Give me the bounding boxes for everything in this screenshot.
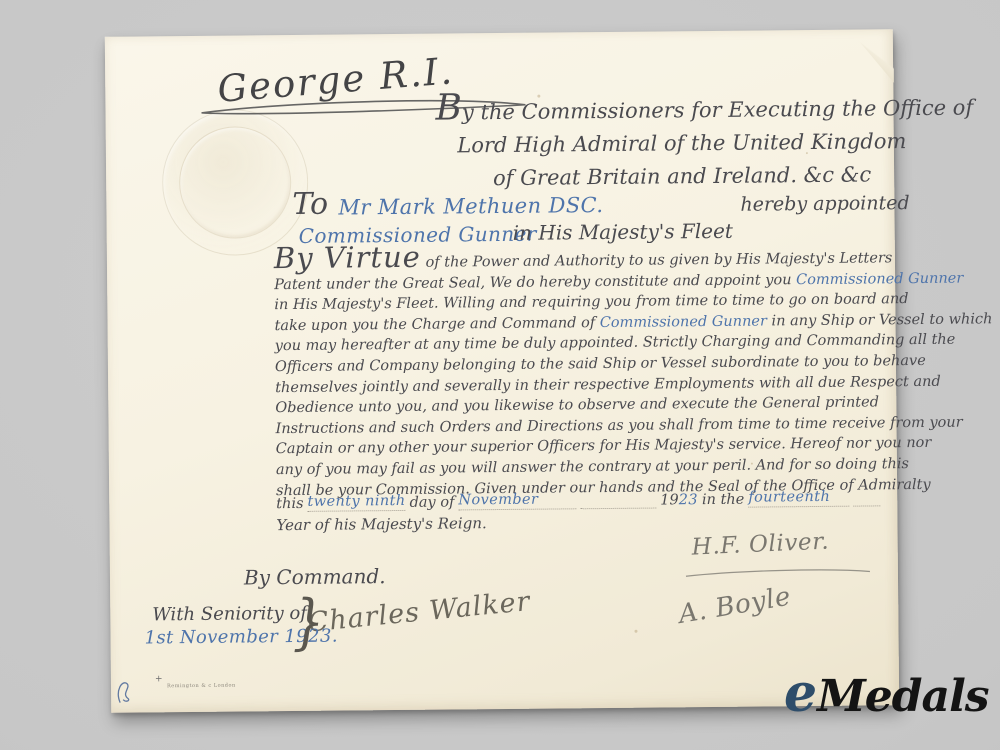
age-spot bbox=[634, 630, 637, 633]
commission-header: By the Commissioners for Executing the O… bbox=[435, 87, 928, 196]
emedals-watermark-logo: eMedals bbox=[784, 663, 989, 724]
day-written-handwritten: twenty ninth bbox=[307, 493, 405, 512]
paper-corner-curl bbox=[848, 27, 895, 83]
regnal-year-handwritten: fourteenth bbox=[748, 489, 849, 508]
photo-canvas: { "page": { "background_color": "#c7c7c7… bbox=[0, 0, 1000, 750]
emedals-logo-text: Medals bbox=[817, 671, 988, 722]
oliver-signature-underline bbox=[684, 565, 874, 579]
signature-hf-oliver: H.F. Oliver. bbox=[691, 528, 830, 560]
commission-body-text: By Virtue of the Power and Authority to … bbox=[274, 242, 880, 501]
month-handwritten: November bbox=[458, 491, 576, 510]
registration-plus-mark: + bbox=[155, 674, 163, 684]
printer-imprint: Remington & c London bbox=[167, 683, 236, 690]
recipient-name-handwritten: Mr Mark Methuen DSC. bbox=[338, 193, 603, 220]
emedals-logo-e: e bbox=[784, 663, 817, 724]
collector-pencil-mark bbox=[113, 677, 137, 707]
hereby-appointed-text: hereby appointed bbox=[740, 192, 909, 216]
signature-a-boyle: A. Boyle bbox=[677, 582, 794, 630]
year-of-reign-text: Year of his Majesty's Reign. bbox=[276, 514, 486, 534]
seniority-label: With Seniority of bbox=[152, 603, 307, 625]
signature-charles-walker: Charles Walker bbox=[306, 586, 531, 638]
fleet-text: in His Majesty's Fleet bbox=[513, 219, 733, 245]
to-label: To bbox=[292, 187, 328, 222]
blank-dotted-line bbox=[853, 488, 880, 506]
seniority-brace: } bbox=[292, 587, 324, 657]
embossed-admiralty-seal bbox=[161, 109, 308, 256]
year-handwritten-23: 23 bbox=[679, 492, 698, 508]
commission-document-paper: George R.I. By the Commissioners for Exe… bbox=[105, 29, 899, 713]
word-day-of: day of bbox=[410, 494, 455, 510]
year-group: 1923 bbox=[660, 492, 698, 508]
header-line-2: Lord High Admiral of the United Kingdom bbox=[436, 125, 928, 163]
word-in-the: in the bbox=[702, 492, 744, 508]
blank-dotted-line bbox=[581, 491, 657, 510]
header-line-1: By the Commissioners for Executing the O… bbox=[435, 87, 927, 130]
by-virtue-lead: By Virtue bbox=[274, 240, 421, 275]
by-command-text: By Command. bbox=[244, 564, 386, 589]
header-line-3: of Great Britain and Ireland. &c &c bbox=[436, 158, 928, 196]
word-this: this bbox=[276, 496, 303, 512]
year-printed-19: 19 bbox=[660, 492, 679, 508]
